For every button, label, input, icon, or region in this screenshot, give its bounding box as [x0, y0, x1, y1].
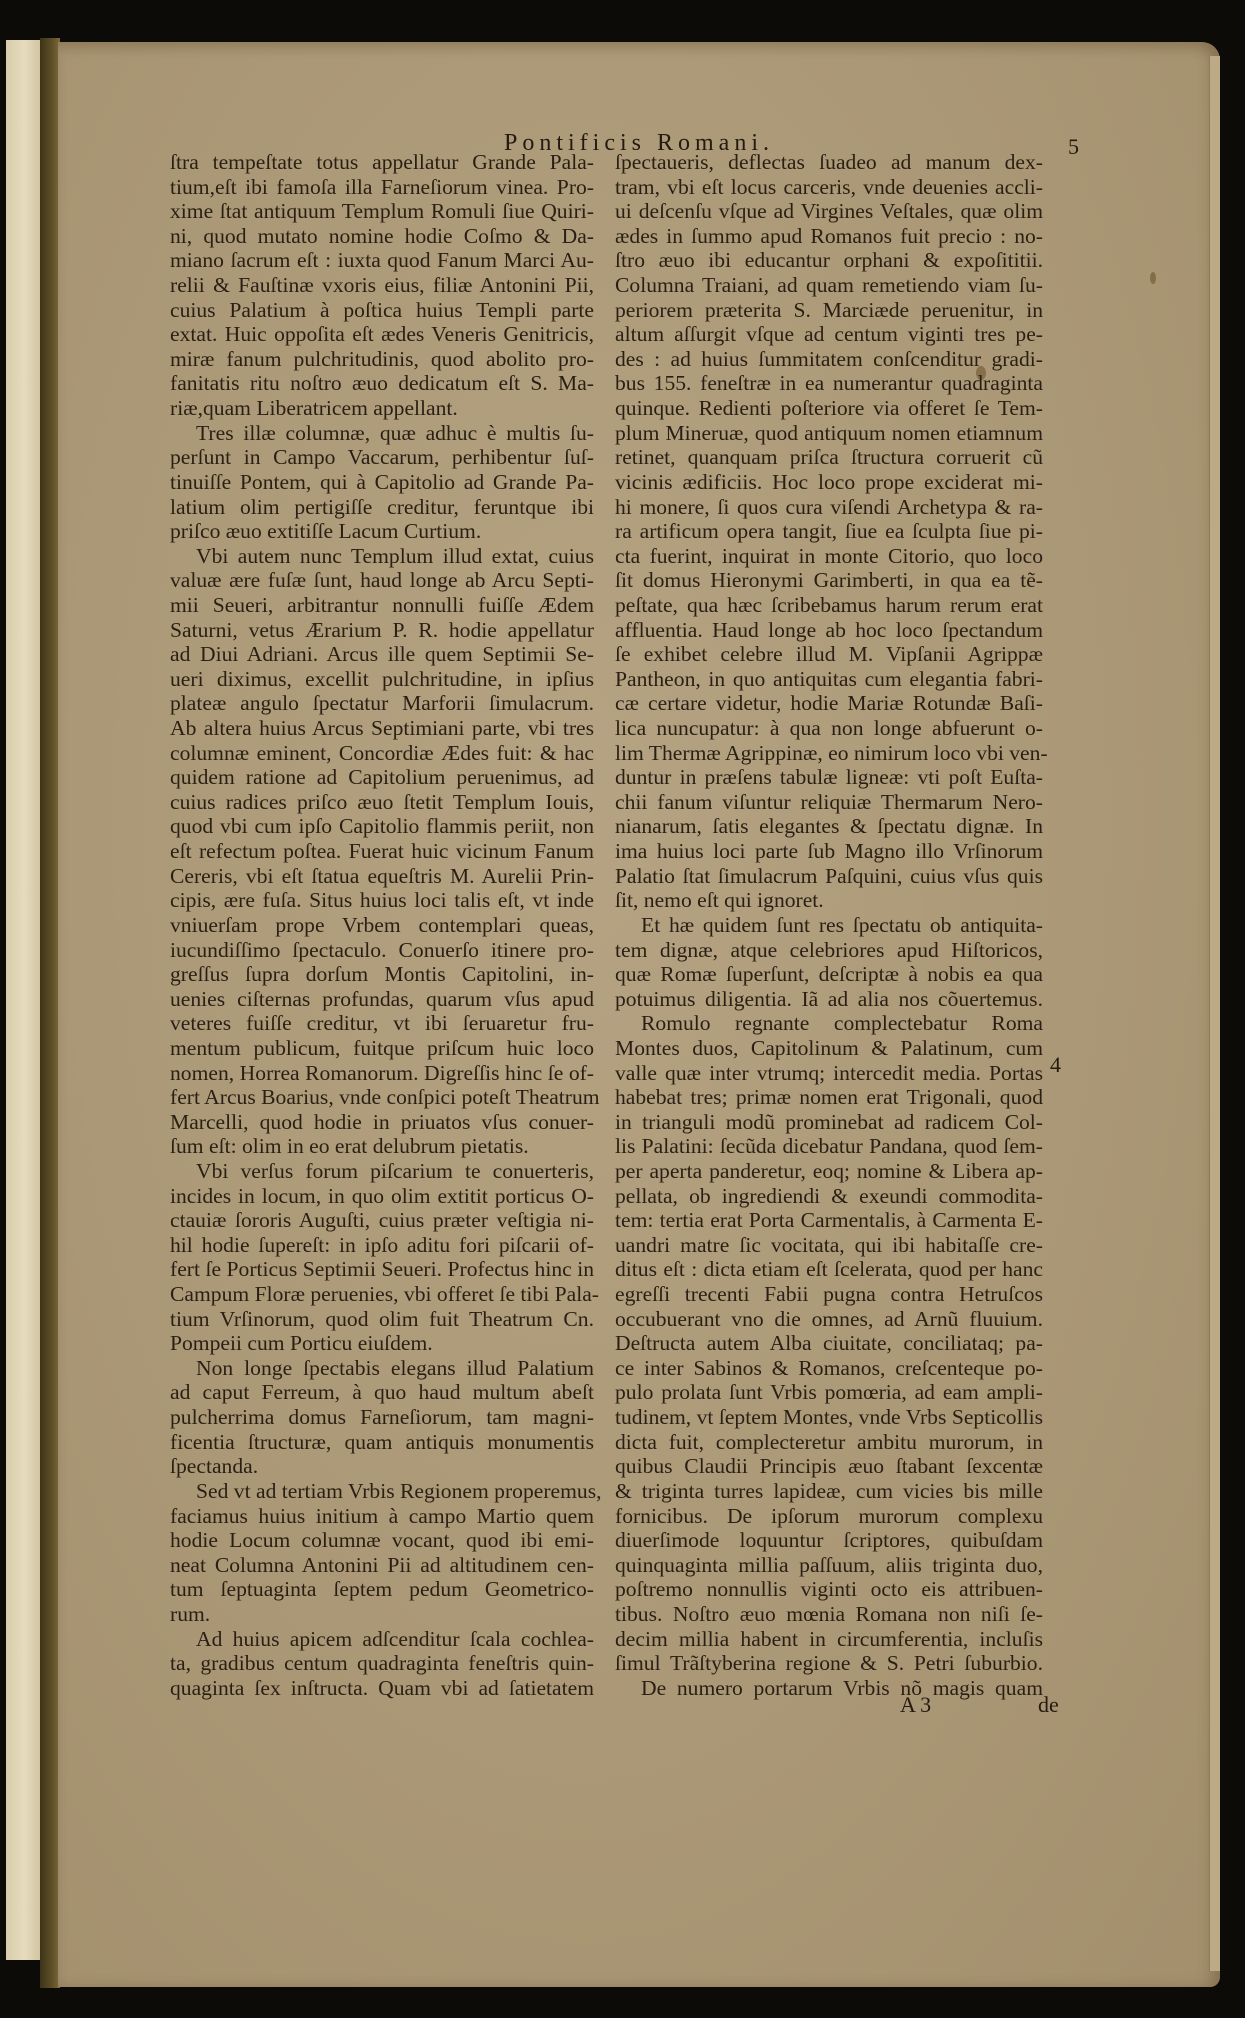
text-line: vicinis ædificiis. Hoc loco prope excide… [615, 470, 1043, 495]
text-line: peſtate, qua hæc ſcribebamus harum rerum… [615, 593, 1043, 618]
text-line: plateæ angulo ſpectatur Marforii ſimulac… [170, 691, 594, 716]
text-line: tinuiſſe Pontem, qui à Capitolio ad Gran… [170, 470, 594, 495]
text-line: per aperta panderetur, eoq; nomine & Lib… [615, 1159, 1043, 1184]
text-line: ni, quod mutato nomine hodie Coſmo & Da- [170, 224, 594, 249]
text-line: valuæ ære fuſæ ſunt, haud longe ab Arcu … [170, 568, 594, 593]
text-line: tum ſeptuaginta ſeptem pedum Geometrico- [170, 1577, 594, 1602]
text-line: in trianguli modũ prominebat ad radicem … [615, 1110, 1043, 1135]
text-line: lica nuncupatur: à qua non longe abfueru… [615, 716, 1043, 741]
text-line: hi monere, ſi quos cura viſendi Archetyp… [615, 495, 1043, 520]
text-line: cipis, ære fuſa. Situs huius loci talis … [170, 888, 594, 913]
text-line: ta, gradibus centum quadraginta feneſtri… [170, 1651, 594, 1676]
text-line: Palatio ſtat ſimulacrum Paſquini, cuius … [615, 864, 1043, 889]
text-line: habebat tres; primæ nomen erat Trigonali… [615, 1085, 1043, 1110]
text-line: ad caput Ferreum, à quo haud multum abeſ… [170, 1380, 594, 1405]
text-line: ſe exhibet celebre illud M. Vipſanii Agr… [615, 642, 1043, 667]
text-line: poſtremo nonnullis viginti octo eis attr… [615, 1577, 1043, 1602]
text-line: extat. Huic oppoſita eſt ædes Veneris Ge… [170, 322, 594, 347]
text-line: quaginta ſex inſtructa. Quam vbi ad ſati… [170, 1676, 594, 1701]
text-line: lim Thermæ Agrippinæ, eo nimirum loco vb… [615, 741, 1043, 766]
text-line: des : ad huius ſummitatem conſcenditur g… [615, 347, 1043, 372]
text-line: ueri diximus, excellit pulchritudine, in… [170, 667, 594, 692]
ink-stain [1150, 272, 1156, 284]
text-line: tem dignæ, atque celebriores apud Hiſtor… [615, 938, 1043, 963]
text-line: Pantheon, in quo antiquitas cum eleganti… [615, 667, 1043, 692]
text-line: perſunt in Campo Vaccarum, perhibentur ſ… [170, 445, 594, 470]
text-line: Campum Floræ peruenies, vbi offeret ſe t… [170, 1282, 594, 1307]
text-line: Deſtructa autem Alba ciuitate, conciliat… [615, 1331, 1043, 1356]
text-line: relii & Fauſtinæ vxoris eius, filiæ Anto… [170, 273, 594, 298]
text-line: pulo prolata ſunt Vrbis pomœria, ad eam … [615, 1380, 1043, 1405]
text-line: ſpectanda. [170, 1454, 594, 1479]
text-line: Tres illæ columnæ, quæ adhuc è multis ſu… [170, 421, 594, 446]
text-line: lis Palatini: ſecũda dicebatur Pandana, … [615, 1134, 1043, 1159]
text-line: & triginta turres lapideæ, cum vicies bi… [615, 1479, 1043, 1504]
page-number: 5 [1068, 134, 1079, 160]
text-line: Vbi verſus forum piſcarium te conuerteri… [170, 1159, 594, 1184]
text-line: periorem præterita S. Marciæde peruenitu… [615, 298, 1043, 323]
text-line: hodie Locum columnæ vocant, quod ibi emi… [170, 1528, 594, 1553]
text-line: fert ſe Porticus Septimii Seueri. Profec… [170, 1257, 594, 1282]
text-line: greſſus ſupra dorſum Montis Capitolini, … [170, 962, 594, 987]
text-line: De numero portarum Vrbis nõ magis quam [615, 1676, 1043, 1701]
text-line: riæ,quam Liberatricem appellant. [170, 396, 594, 421]
text-line: tibus. Noſtro æuo mœnia Romana non niſi … [615, 1602, 1043, 1627]
text-line: columnæ eminent, Concordiæ Ædes fuit: & … [170, 741, 594, 766]
text-line: miano ſacrum eſt : iuxta quod Fanum Marc… [170, 248, 594, 273]
text-line: Non longe ſpectabis elegans illud Palati… [170, 1356, 594, 1381]
text-line: miræ fanum pulchritudinis, quod abolito … [170, 347, 594, 372]
text-line: altum aſſurgit vſque ad centum viginti t… [615, 322, 1043, 347]
text-line: diuerſimode loquuntur ſcriptores, quibuſ… [615, 1528, 1043, 1553]
text-line: bus 155. feneſtræ in ea numerantur quadr… [615, 371, 1043, 396]
text-line: quæ Romæ ſuperſunt, deſcriptæ à nobis ea… [615, 962, 1043, 987]
left-column: ſtra tempeſtate totus appellatur Grande … [170, 150, 594, 1700]
text-line: Ad huius apicem adſcenditur ſcala cochle… [170, 1627, 594, 1652]
margin-number: 4 [1050, 1052, 1061, 1078]
text-line: cæ certare videtur, hodie Mariæ Rotundæ … [615, 691, 1043, 716]
text-line: quod vbi cum ipſo Capitolio flammis peri… [170, 814, 594, 839]
text-line: latium olim pertigiſſe creditur, feruntq… [170, 495, 594, 520]
text-line: ima huius loci parte ſub Magno illo Vrſi… [615, 839, 1043, 864]
text-line: tram, vbi eſt locus carceris, vnde deuen… [615, 175, 1043, 200]
text-line: affluentia. Haud longe ab hoc loco ſpect… [615, 618, 1043, 643]
text-line: Vbi autem nunc Templum illud extat, cuiu… [170, 544, 594, 569]
text-line: fert Arcus Boarius, vnde conſpici poteſt… [170, 1085, 594, 1110]
text-line: plum Mineruæ, quod antiquum nomen etiamn… [615, 421, 1043, 446]
book-page: Pontificis Romani. 5 ſtra tempeſtate tot… [58, 42, 1220, 1987]
text-line: eſt refectum poſtea. Fuerat huic vicinum… [170, 839, 594, 864]
text-line: occubuerant vno die omnes, ad Arnũ fluui… [615, 1307, 1043, 1332]
text-line: mentum publicum, fuitque priſcum huic lo… [170, 1036, 594, 1061]
facing-page-edge [6, 40, 42, 1960]
text-line: dicta fuit, complecteretur ambitu muroru… [615, 1430, 1043, 1455]
text-line: pellata, ob ingrediendi & exeundi commod… [615, 1184, 1043, 1209]
text-line: tium,eſt ibi famoſa illa Farneſiorum vin… [170, 175, 594, 200]
text-line: ce inter Sabinos & Romanos, creſcenteque… [615, 1356, 1043, 1381]
text-line: Ab altera huius Arcus Septimiani parte, … [170, 716, 594, 741]
text-line: Marcelli, quod hodie in priuatos vſus co… [170, 1110, 594, 1135]
text-line: neat Columna Antonini Pii ad altitudinem… [170, 1553, 594, 1578]
text-line: ſimul Trãſtyberina regione & S. Petri ſu… [615, 1651, 1043, 1676]
text-line: retinet, quanquam priſca ſtructura corru… [615, 445, 1043, 470]
text-line: ra artificum opera tangit, ſiue ea ſculp… [615, 519, 1043, 544]
text-line: rum. [170, 1602, 594, 1627]
text-line: Et hæ quidem ſunt res ſpectatu ob antiqu… [615, 913, 1043, 938]
catchword: de [1038, 1692, 1059, 1718]
text-line: potuimus diligentia. Iã ad alia nos cõue… [615, 987, 1043, 1012]
text-line: Saturni, vetus Ærarium P. R. hodie appel… [170, 618, 594, 643]
text-line: quidem ratione ad Capitolium peruenimus,… [170, 765, 594, 790]
text-line: fornicibus. De ipſorum murorum complexu [615, 1504, 1043, 1529]
text-line: tium Vrſinorum, quod olim fuit Theatrum … [170, 1307, 594, 1332]
text-line: Montes duos, Capitolinum & Palatinum, cu… [615, 1036, 1043, 1061]
text-line: nianarum, ſatis elegantes & ſpectatu dig… [615, 814, 1043, 839]
text-line: ſtro æuo ibi educantur orphani & expoſit… [615, 248, 1043, 273]
text-line: Pompeii cum Porticu eiuſdem. [170, 1331, 594, 1356]
text-line: Columna Traiani, ad quam remetiendo viam… [615, 273, 1043, 298]
text-line: xime ſtat antiquum Templum Romuli ſiue Q… [170, 199, 594, 224]
text-line: quinque. Redienti poſteriore via offeret… [615, 396, 1043, 421]
text-line: incides in locum, in quo olim extitit po… [170, 1184, 594, 1209]
text-line: pulcherrima domus Farneſiorum, tam magni… [170, 1405, 594, 1430]
text-line: quinquaginta millia paſſuum, aliis trigi… [615, 1553, 1043, 1578]
text-line: ficentia ſtructuræ, quam antiquis monume… [170, 1430, 594, 1455]
binding-gutter [40, 38, 60, 1988]
text-line: cta fuerint, inquirat in monte Citorio, … [615, 544, 1043, 569]
text-line: ſtra tempeſtate totus appellatur Grande … [170, 150, 594, 175]
text-line: ditus eſt : dicta etiam eſt ſcelerata, q… [615, 1257, 1043, 1282]
text-line: uandri matre ſic vocitata, qui ibi habit… [615, 1233, 1043, 1258]
text-line: ui deſcenſu vſque ad Virgines Veſtales, … [615, 199, 1043, 224]
text-line: ædes in ſummo apud Romanos fuit precio :… [615, 224, 1043, 249]
text-line: ctauiæ ſororis Auguſti, cuius præter veſ… [170, 1208, 594, 1233]
text-line: vniuerſam prope Vrbem contemplari queas, [170, 913, 594, 938]
text-line: Romulo regnante complectebatur Roma [615, 1011, 1043, 1036]
text-line: valle quæ inter vtrumq; intercedit media… [615, 1061, 1043, 1086]
text-line: nomen, Horrea Romanorum. Digreſſis hinc … [170, 1061, 594, 1086]
text-line: quibus Claudii Principis æuo ſtabant ſex… [615, 1454, 1043, 1479]
text-line: ad Diui Adriani. Arcus ille quem Septimi… [170, 642, 594, 667]
text-line: ſpectaueris, deflectas ſuadeo ad manum d… [615, 150, 1043, 175]
text-line: fanitatis ritu noſtro æuo dedicatum eſt … [170, 371, 594, 396]
text-line: uenies ciſternas profundas, quarum vſus … [170, 987, 594, 1012]
text-line: egreſſi trecenti Fabii pugna contra Hetr… [615, 1282, 1043, 1307]
text-line: cuius radices priſco æuo ſtetit Templum … [170, 790, 594, 815]
text-line: cuius Palatium à poſtica huius Templi pa… [170, 298, 594, 323]
text-line: mii Seueri, arbitrantur nonnulli fuiſſe … [170, 593, 594, 618]
text-line: ſit domus Hieronymi Garimberti, in qua e… [615, 568, 1043, 593]
text-line: hil hodie ſupereſt: in ipſo aditu fori p… [170, 1233, 594, 1258]
right-column: ſpectaueris, deflectas ſuadeo ad manum d… [615, 150, 1043, 1700]
signature-mark: A 3 [900, 1692, 931, 1718]
text-line: Sed vt ad tertiam Vrbis Regionem propere… [170, 1479, 594, 1504]
text-line: iucundiſſimo ſpectaculo. Conuerſo itiner… [170, 938, 594, 963]
text-line: Cereris, vbi eſt ſtatua equeſtris M. Aur… [170, 864, 594, 889]
text-line: tudinem, vt ſeptem Montes, vnde Vrbs Sep… [615, 1405, 1043, 1430]
text-line: ſit, nemo eſt qui ignoret. [615, 888, 1043, 913]
page-fore-edge [1209, 56, 1220, 1971]
text-line: duntur in præſens tabulæ ligneæ: vti poſ… [615, 765, 1043, 790]
text-line: chii fanum viſuntur reliquiæ Thermarum N… [615, 790, 1043, 815]
text-line: ſum eſt: olim in eo erat delubrum pietat… [170, 1134, 594, 1159]
text-line: priſco æuo extitiſſe Lacum Curtium. [170, 519, 594, 544]
text-line: decim millia habent in circumferentia, i… [615, 1627, 1043, 1652]
text-line: veteres fuiſſe creditur, vt ibi ſeruaret… [170, 1011, 594, 1036]
text-line: tem: tertia erat Porta Carmentalis, à Ca… [615, 1208, 1043, 1233]
text-line: faciamus huius initium à campo Martio qu… [170, 1504, 594, 1529]
